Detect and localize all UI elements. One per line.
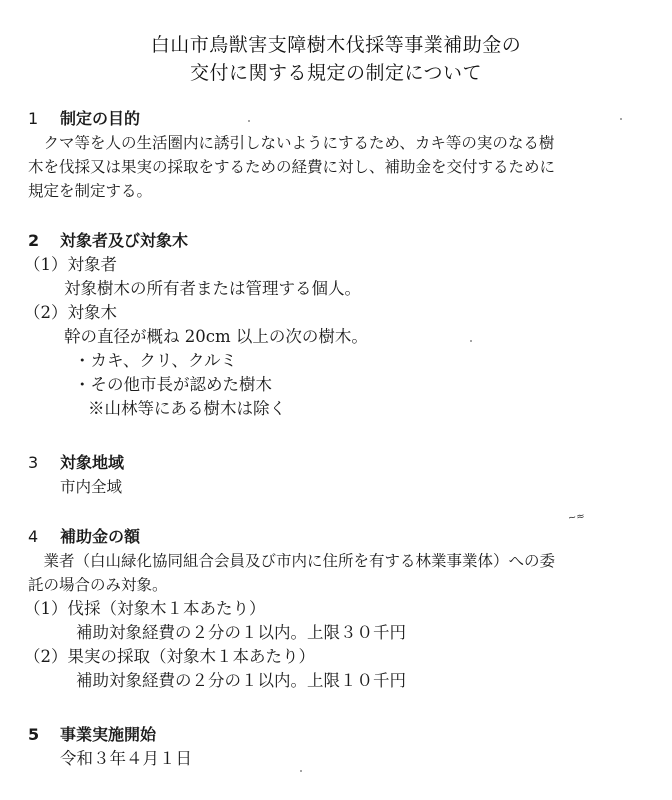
section-2-heading: 2対象者及び対象木: [28, 230, 188, 252]
section-2-item-2-bullet-1: ・カキ、クリ、クルミ: [74, 350, 237, 372]
section-4-body-line1: 業者（白山緑化協同組合会員及び市内に住所を有する林業事業体）への委: [28, 550, 555, 572]
section-1-heading: 1制定の目的: [28, 108, 140, 130]
section-4-item-2-label: （2）果実の採取（対象木１本あたり）: [24, 646, 315, 668]
section-4-body-line2: 託の場合のみ対象。: [28, 574, 168, 596]
section-4-item-2-text: 補助対象経費の２分の１以内。上限１０千円: [76, 670, 406, 692]
scan-speck: [620, 118, 622, 120]
section-2-item-2-label: （2）対象木: [24, 302, 117, 324]
document-title-line1: 白山市鳥獣害支障樹木伐採等事業補助金の: [0, 30, 672, 57]
section-2-item-2-bullet-2: ・その他市長が認めた樹木: [74, 374, 272, 396]
section-3-body: 市内全域: [60, 476, 122, 498]
section-4-heading: 4補助金の額: [28, 526, 140, 548]
section-1-body-line1: クマ等を人の生活圏内に誘引しないようにするため、カキ等の実のなる樹: [28, 132, 554, 154]
section-1-body-line3: 規定を制定する。: [28, 180, 152, 202]
section-4-item-1-label: （1）伐採（対象木１本あたり）: [24, 598, 266, 620]
section-2-item-2-note: ※山林等にある樹木は除く: [88, 398, 286, 420]
scan-smudge: ~≈: [567, 511, 585, 524]
section-1-body-line2: 木を伐採又は果実の採取をするための経費に対し、補助金を交付するために: [28, 156, 555, 178]
section-3-heading: 3対象地域: [28, 452, 124, 474]
section-5-body: 令和３年４月１日: [60, 748, 192, 770]
document-title-line2: 交付に関する規定の制定について: [0, 58, 672, 85]
section-2-item-1-label: （1）対象者: [24, 254, 117, 276]
section-5-heading: 5事業実施開始: [28, 724, 156, 746]
section-4-item-1-text: 補助対象経費の２分の１以内。上限３０千円: [76, 622, 406, 644]
scan-speck: [470, 340, 472, 342]
section-2-item-1-text: 対象樹木の所有者または管理する個人。: [64, 278, 361, 300]
section-2-item-2-text: 幹の直径が概ね 20cm 以上の次の樹木。: [64, 326, 368, 348]
scan-speck: [248, 120, 250, 122]
scan-speck: [300, 770, 302, 772]
